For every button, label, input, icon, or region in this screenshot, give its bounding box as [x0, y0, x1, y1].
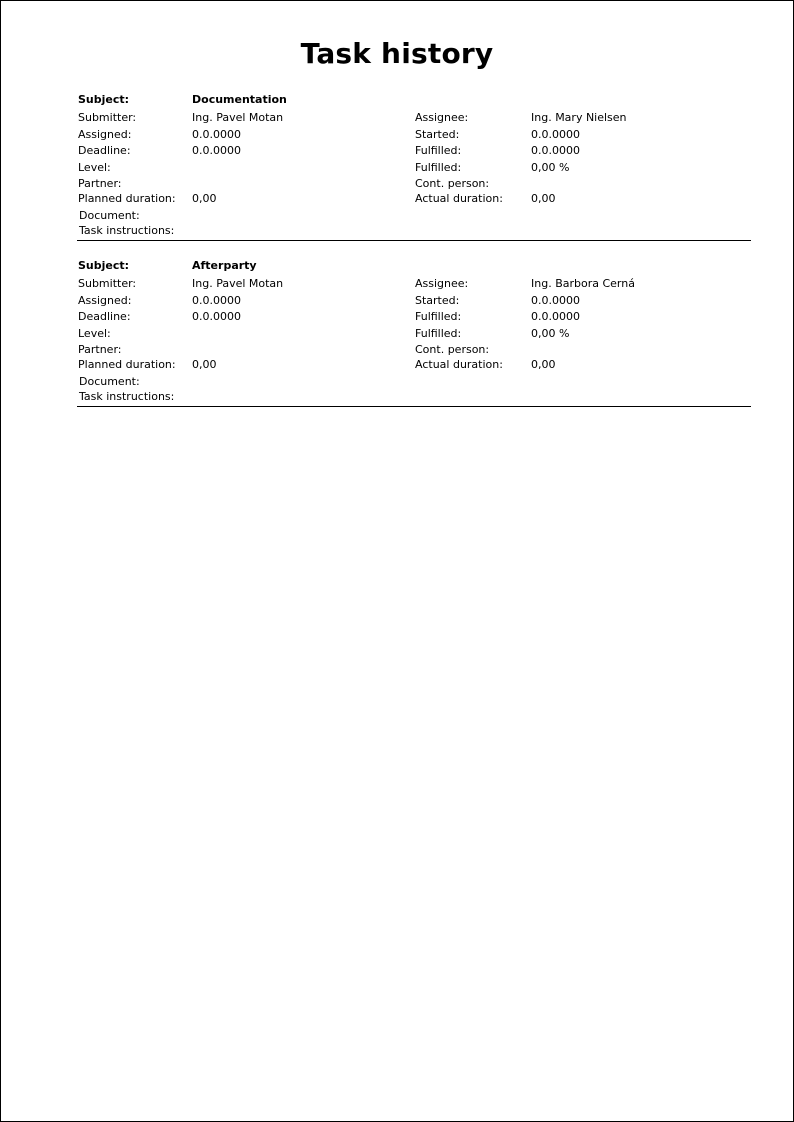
- value-subject: Afterparty: [192, 259, 257, 272]
- value-fulfilled-date: 0.0.0000: [531, 144, 580, 157]
- value-planned-duration: 0,00: [192, 192, 217, 205]
- value-submitter: Ing. Pavel Motan: [192, 277, 283, 290]
- label-fulfilled-pct: Fulfilled:: [415, 161, 461, 174]
- label-assigned: Assigned:: [78, 294, 131, 307]
- label-fulfilled-date: Fulfilled:: [415, 144, 461, 157]
- label-partner: Partner:: [78, 177, 122, 190]
- label-task-instructions: Task instructions:: [79, 390, 174, 403]
- value-fulfilled-date: 0.0.0000: [531, 310, 580, 323]
- label-subject: Subject:: [78, 93, 129, 106]
- value-assigned: 0.0.0000: [192, 128, 241, 141]
- value-deadline: 0.0.0000: [192, 144, 241, 157]
- task-record: Subject:DocumentationSubmitter:Ing. Pave…: [77, 84, 751, 241]
- value-submitter: Ing. Pavel Motan: [192, 111, 283, 124]
- label-assignee: Assignee:: [415, 111, 468, 124]
- label-planned-duration: Planned duration:: [78, 358, 176, 371]
- value-started: 0.0.0000: [531, 294, 580, 307]
- page-title: Task history: [1, 37, 793, 70]
- value-subject: Documentation: [192, 93, 287, 106]
- value-assigned: 0.0.0000: [192, 294, 241, 307]
- label-actual-duration: Actual duration:: [415, 192, 503, 205]
- value-started: 0.0.0000: [531, 128, 580, 141]
- label-submitter: Submitter:: [78, 111, 136, 124]
- label-deadline: Deadline:: [78, 310, 131, 323]
- label-fulfilled-pct: Fulfilled:: [415, 327, 461, 340]
- label-planned-duration: Planned duration:: [78, 192, 176, 205]
- label-level: Level:: [78, 327, 111, 340]
- value-assignee: Ing. Mary Nielsen: [531, 111, 627, 124]
- label-level: Level:: [78, 161, 111, 174]
- value-actual-duration: 0,00: [531, 358, 556, 371]
- value-fulfilled-pct: 0,00 %: [531, 327, 569, 340]
- label-submitter: Submitter:: [78, 277, 136, 290]
- label-document: Document:: [79, 209, 140, 222]
- label-cont-person: Cont. person:: [415, 177, 489, 190]
- value-assignee: Ing. Barbora Cerná: [531, 277, 635, 290]
- label-partner: Partner:: [78, 343, 122, 356]
- label-deadline: Deadline:: [78, 144, 131, 157]
- label-cont-person: Cont. person:: [415, 343, 489, 356]
- label-started: Started:: [415, 128, 459, 141]
- label-subject: Subject:: [78, 259, 129, 272]
- label-fulfilled-date: Fulfilled:: [415, 310, 461, 323]
- value-deadline: 0.0.0000: [192, 310, 241, 323]
- task-record: Subject:AfterpartySubmitter:Ing. Pavel M…: [77, 250, 751, 407]
- value-planned-duration: 0,00: [192, 358, 217, 371]
- label-started: Started:: [415, 294, 459, 307]
- label-task-instructions: Task instructions:: [79, 224, 174, 237]
- label-assigned: Assigned:: [78, 128, 131, 141]
- label-actual-duration: Actual duration:: [415, 358, 503, 371]
- value-fulfilled-pct: 0,00 %: [531, 161, 569, 174]
- label-assignee: Assignee:: [415, 277, 468, 290]
- label-document: Document:: [79, 375, 140, 388]
- value-actual-duration: 0,00: [531, 192, 556, 205]
